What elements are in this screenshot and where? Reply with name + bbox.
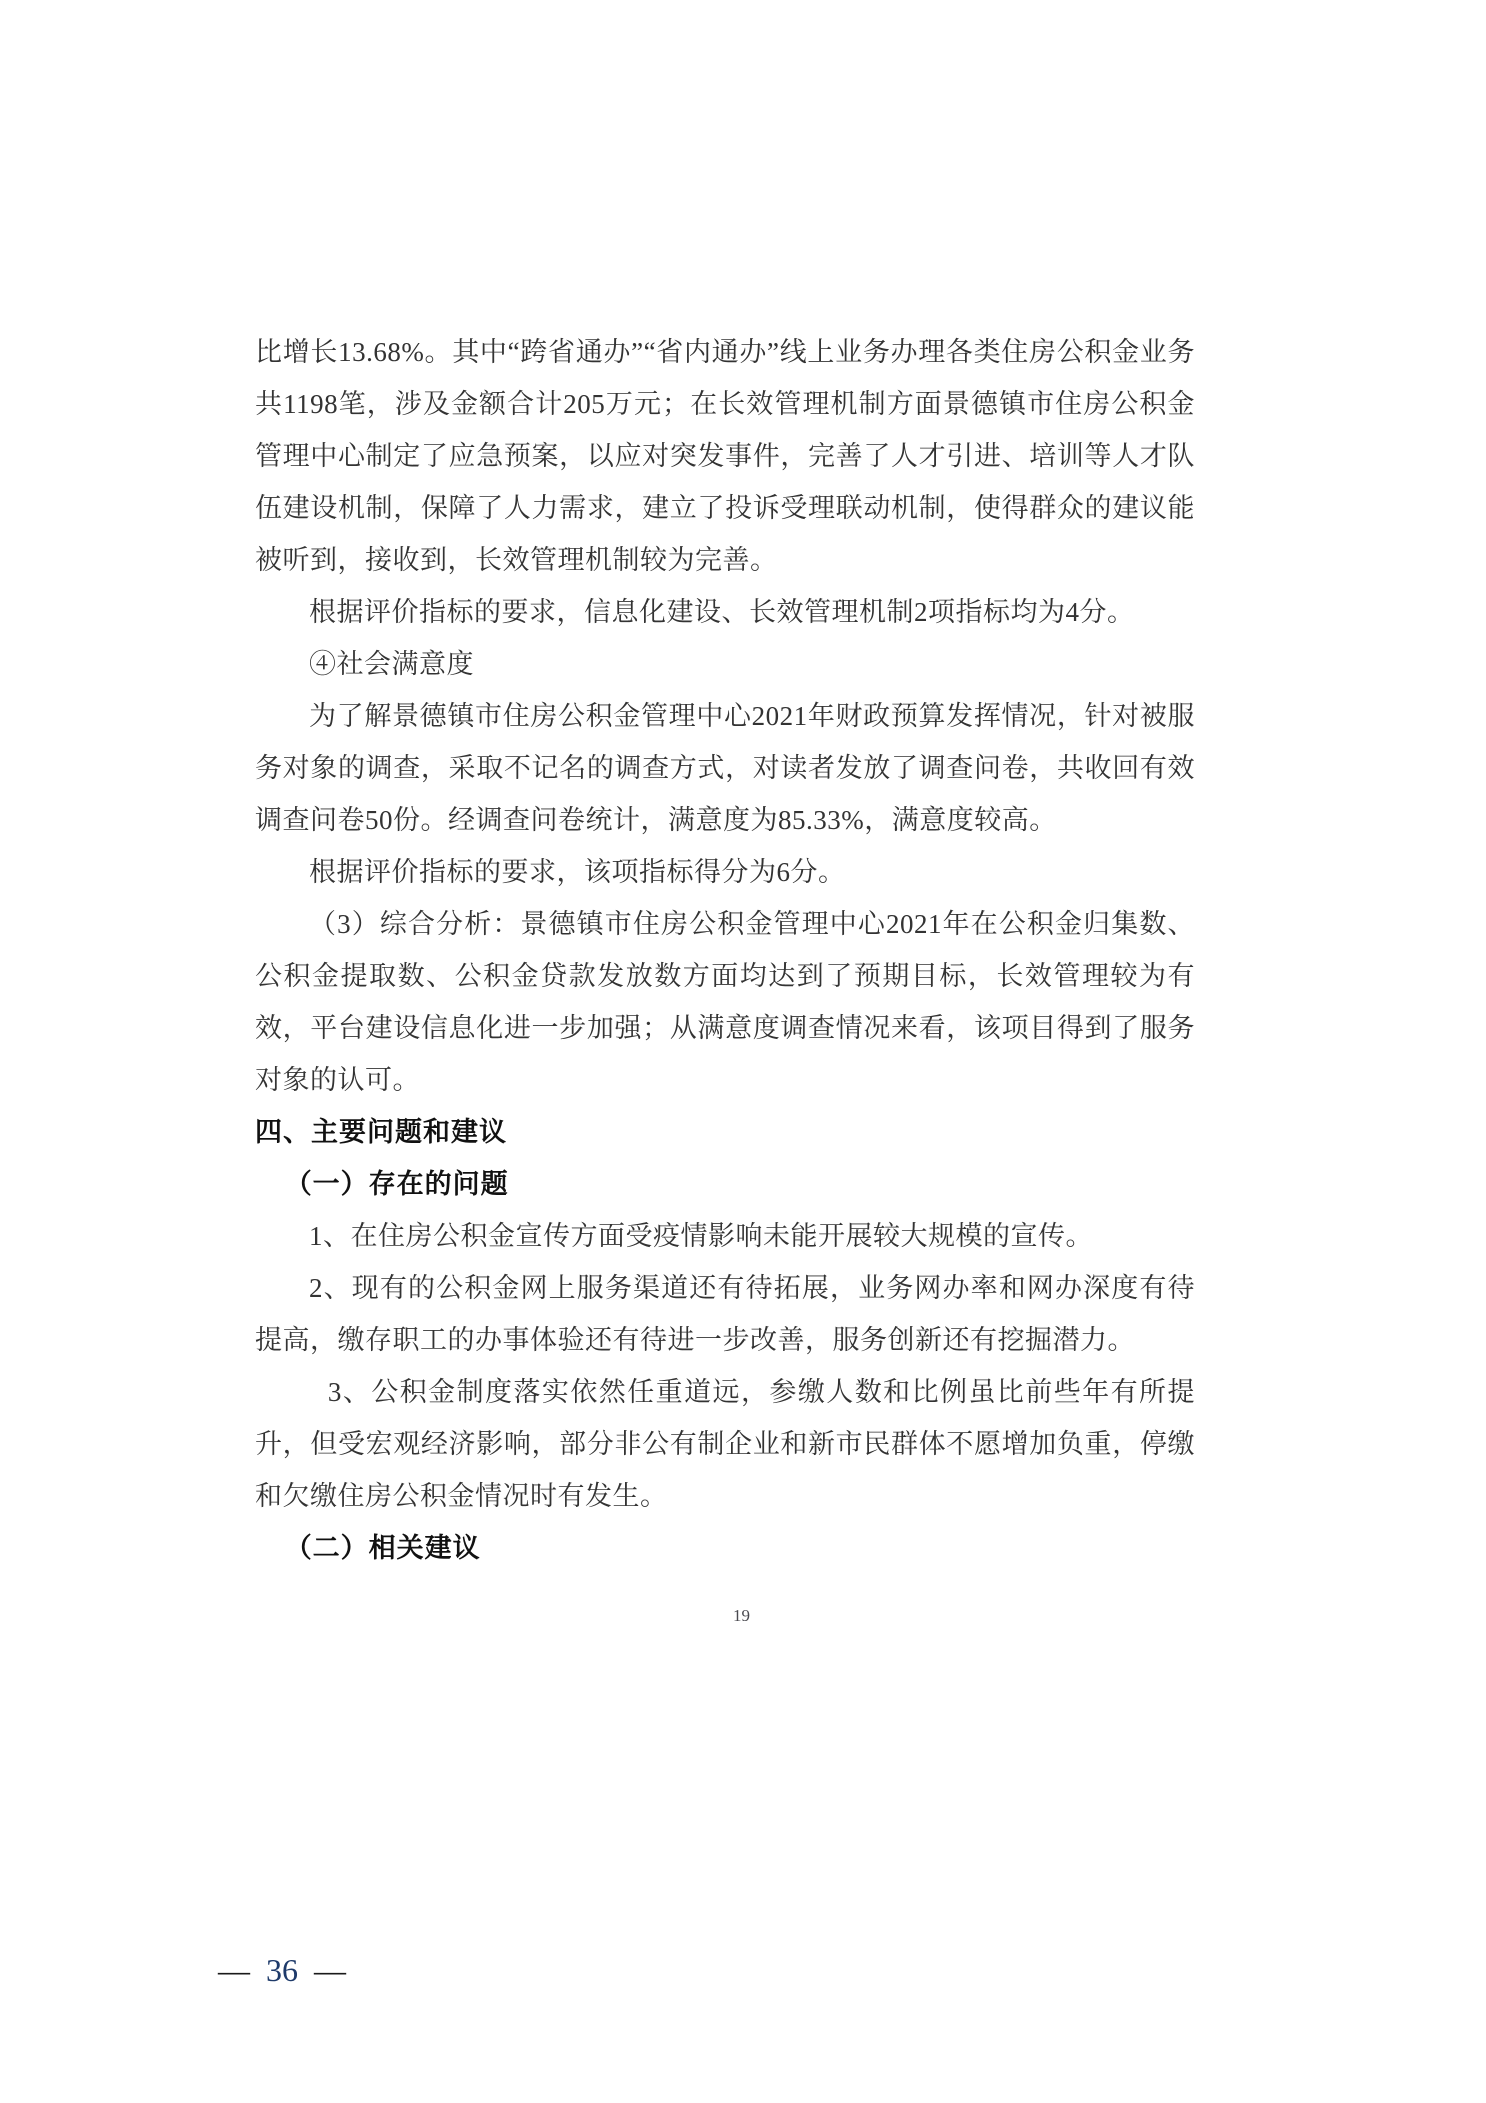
body-paragraph: 为了解景德镇市住房公积金管理中心2021年财政预算发挥情况，针对被服务对象的调查… xyxy=(255,690,1195,846)
document-body: 比增长13.68%。其中“跨省通办”“省内通办”线上业务办理各类住房公积金业务共… xyxy=(255,326,1195,1574)
body-paragraph: 根据评价指标的要求，该项指标得分为6分。 xyxy=(255,846,1195,898)
subsection-heading-suggestions: （二）相关建议 xyxy=(255,1522,1195,1574)
footer-dash-left: — xyxy=(218,1952,250,1988)
footer-page-number: —36— xyxy=(218,1952,346,1989)
body-paragraph: 比增长13.68%。其中“跨省通办”“省内通办”线上业务办理各类住房公积金业务共… xyxy=(255,326,1195,586)
body-paragraph-item-3: 3、公积金制度落实依然任重道远，参缴人数和比例虽比前些年有所提升，但受宏观经济影… xyxy=(255,1366,1195,1522)
body-paragraph-satisfaction: ④社会满意度 xyxy=(255,638,1195,690)
subsection-heading-problems: （一）存在的问题 xyxy=(255,1158,1195,1210)
footer-page-number-value: 36 xyxy=(266,1952,298,1988)
document-page: 比增长13.68%。其中“跨省通办”“省内通办”线上业务办理各类住房公积金业务共… xyxy=(0,0,1486,2103)
body-paragraph: 根据评价指标的要求，信息化建设、长效管理机制2项指标均为4分。 xyxy=(255,586,1195,638)
body-paragraph: （3）综合分析：景德镇市住房公积金管理中心2021年在公积金归集数、公积金提取数… xyxy=(255,898,1195,1106)
body-paragraph-item-1: 1、在住房公积金宣传方面受疫情影响未能开展较大规模的宣传。 xyxy=(255,1210,1195,1262)
inner-page-number: 19 xyxy=(733,1606,750,1626)
body-paragraph-item-2: 2、现有的公积金网上服务渠道还有待拓展，业务网办率和网办深度有待提高，缴存职工的… xyxy=(255,1262,1195,1366)
section-heading-main: 四、主要问题和建议 xyxy=(255,1106,1195,1158)
footer-dash-right: — xyxy=(314,1952,346,1988)
